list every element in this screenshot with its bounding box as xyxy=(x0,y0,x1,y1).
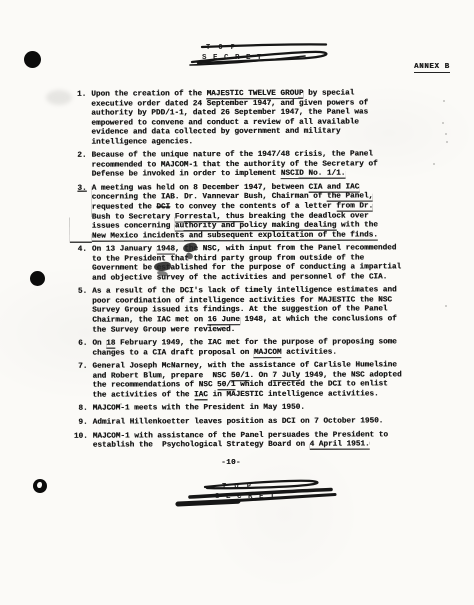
list-item: 2.Because of the unique nature of the 19… xyxy=(69,151,414,181)
text-line: Admiral Hillenkoetter leaves position as… xyxy=(93,417,416,428)
item-text: Upon the creation of the MAJESTIC TWELVE… xyxy=(91,89,414,148)
top-secret-stamp-crossed-out-bottom: T O P S E C R E T xyxy=(163,466,353,511)
list-item: 7.General Joseph McNarney, with the assi… xyxy=(70,361,415,401)
list-item: 4.On 13 January 1948, the NSC, with inpu… xyxy=(70,244,415,284)
item-text: A meeting was held on 8 December 1947, b… xyxy=(92,183,415,242)
item-text: As a result of the DCI's lack of timely … xyxy=(92,287,415,336)
scan-speck xyxy=(442,122,444,124)
item-number: 5. xyxy=(70,288,92,336)
annex-label: ANNEX B xyxy=(414,63,450,73)
text-line: establish the Psychological Strategy Boa… xyxy=(93,440,416,451)
hole-punch-mark-1 xyxy=(24,51,41,68)
list-item: 10.MAJCOM-1 with assistance of the Panel… xyxy=(71,431,416,452)
item-number: 2. xyxy=(69,152,91,181)
hole-punch-mark-2 xyxy=(30,271,45,286)
scan-speck xyxy=(445,133,447,135)
text-line: intelligence agencies. xyxy=(91,137,414,148)
item-number: 10. xyxy=(71,432,93,451)
item-number: 1. xyxy=(69,91,91,148)
item-text: MAJCOM-1 with assistance of the Panel pe… xyxy=(93,431,416,452)
item-text: MAJCOM-1 meets with the President in May… xyxy=(93,404,416,415)
text-line: Chairman, the IAC met on 16 June 1948, a… xyxy=(92,315,415,326)
item-number: 4. xyxy=(70,246,92,284)
item-number: 8. xyxy=(71,405,93,415)
text-line: and objective survey of the activities a… xyxy=(92,273,415,284)
numbered-list: 1.Upon the creation of the MAJESTIC TWEL… xyxy=(69,89,416,455)
item-text: On 18 February 1949, the IAC met for the… xyxy=(92,338,415,359)
text-line: the activities of the IAC in MAJESTIC in… xyxy=(93,390,416,401)
scan-speck xyxy=(443,100,445,102)
item-number: 6. xyxy=(70,340,92,359)
scan-speck xyxy=(446,141,448,143)
scan-speck xyxy=(433,163,435,165)
scan-speck xyxy=(445,305,447,307)
item-number: 3. xyxy=(70,185,92,242)
pencil-smudge xyxy=(46,90,72,105)
item-number: 9. xyxy=(71,419,93,429)
stamp-strike-thick-left xyxy=(178,501,238,504)
item-text: On 13 January 1948, the NSC, with input … xyxy=(92,244,415,284)
list-item: 1.Upon the creation of the MAJESTIC TWEL… xyxy=(69,89,414,148)
list-item: 5.As a result of the DCI's lack of timel… xyxy=(70,287,415,336)
list-item: 9.Admiral Hillenkoetter leaves position … xyxy=(71,417,416,428)
list-item: 6.On 18 February 1949, the IAC met for t… xyxy=(70,338,415,359)
list-item: 8.MAJCOM-1 meets with the President in M… xyxy=(71,404,416,415)
text-line: MAJCOM-1 meets with the President in May… xyxy=(93,404,416,415)
item-text: Because of the unique nature of the 1947… xyxy=(91,151,414,181)
item-text: General Joseph McNarney, with the assist… xyxy=(92,361,415,401)
text-line: Defense be invoked in order to implement… xyxy=(92,170,415,181)
hole-punch-mark-3 xyxy=(33,479,47,493)
top-secret-stamp-crossed-out-top: T O P S E C R E T xyxy=(180,28,340,68)
text-line: the Survey Group were reviewed. xyxy=(92,325,415,336)
hole-punch-highlight xyxy=(37,482,42,488)
item-text: Admiral Hillenkoetter leaves position as… xyxy=(93,417,416,428)
item-number: 7. xyxy=(70,363,92,401)
text-line: New Mexico incidents and subsequent expl… xyxy=(92,231,415,242)
scanned-document-page: T O P S E C R E T ANNEX B 1.Upon the cre… xyxy=(0,0,474,605)
text-line: changes to a CIA draft proposal on MAJCO… xyxy=(92,348,415,359)
list-item: 3.A meeting was held on 8 December 1947,… xyxy=(70,183,415,242)
